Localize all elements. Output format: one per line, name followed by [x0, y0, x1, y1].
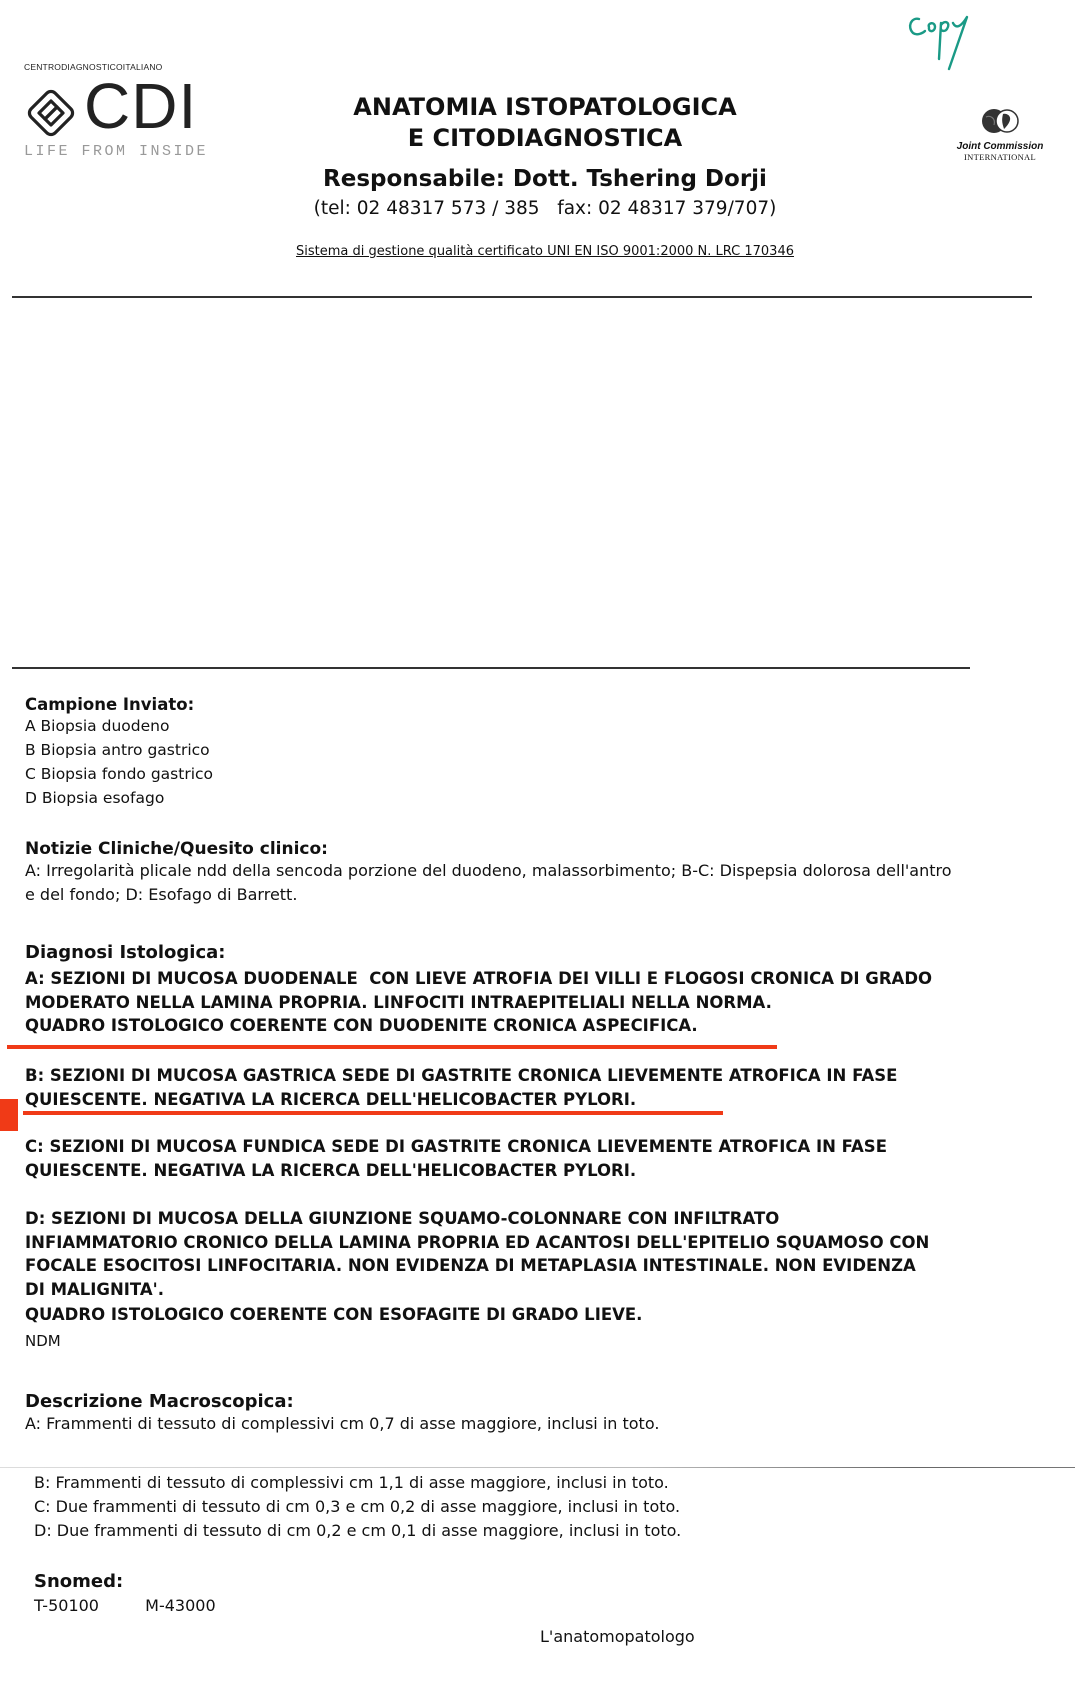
diagnosi-conclusion: QUADRO ISTOLOGICO COERENTE CON ESOFAGITE… [25, 1303, 1070, 1327]
campione-title: Campione Inviato: [25, 695, 213, 714]
diagnosi-line: INFIAMMATORIO CRONICO DELLA LAMINA PROPR… [25, 1231, 1070, 1255]
campione-item: D Biopsia esofago [25, 786, 213, 810]
contact-info: (tel: 02 48317 573 / 385 fax: 02 48317 3… [0, 198, 1075, 219]
diagnosi-line: MODERATO NELLA LAMINA PROPRIA. LINFOCITI… [25, 991, 1065, 1015]
campione-item: B Biopsia antro gastrico [25, 738, 213, 762]
diagnosi-line: QUADRO ISTOLOGICO COERENTE CON DUODENITE… [25, 1014, 1065, 1038]
macroscopica-continued: B: Frammenti di tessuto di complessivi c… [34, 1471, 1064, 1543]
snomed-code: M-43000 [145, 1596, 215, 1615]
signature-label: L'anatomopatologo [540, 1625, 695, 1649]
jci-line2: INTERNATIONAL [940, 152, 1060, 162]
diagnosi-D: D: SEZIONI DI MUCOSA DELLA GIUNZIONE SQU… [25, 1207, 1070, 1353]
notizie-section: Notizie Cliniche/Quesito clinico: A: Irr… [25, 839, 1065, 907]
macroscopica-title: Descrizione Macroscopica: [25, 1391, 1065, 1412]
certification-note: Sistema di gestione qualità certificato … [0, 244, 1075, 259]
macroscopica-item: A: Frammenti di tessuto di complessivi c… [25, 1412, 1065, 1436]
jci-accreditation: Joint Commission INTERNATIONAL [940, 105, 1060, 162]
diagnosi-line: FOCALE ESOCITOSI LINFOCITARIA. NON EVIDE… [25, 1254, 1070, 1278]
header-divider [12, 296, 1032, 298]
body-divider [12, 667, 970, 669]
campione-item: A Biopsia duodeno [25, 714, 213, 738]
department-title-line1: ANATOMIA ISTOPATOLOGICA [0, 93, 1075, 121]
jci-line1: Joint Commission [940, 141, 1060, 152]
notizie-title: Notizie Cliniche/Quesito clinico: [25, 839, 1065, 859]
highlight-underline [7, 1045, 777, 1049]
notizie-line: A: Irregolarità plicale ndd della sencod… [25, 859, 1065, 883]
diagnosi-note: NDM [25, 1329, 1070, 1353]
diagnosi-line: C: SEZIONI DI MUCOSA FUNDICA SEDE DI GAS… [25, 1135, 1065, 1159]
diagnosi-line: DI MALIGNITA'. [25, 1278, 1070, 1302]
macroscopica-section: Descrizione Macroscopica: A: Frammenti d… [25, 1391, 1065, 1436]
snomed-code: T-50100 [34, 1596, 99, 1615]
globe-icon [980, 105, 1020, 137]
diagnosi-line: QUIESCENTE. NEGATIVA LA RICERCA DELL'HEL… [25, 1159, 1065, 1183]
scan-fold-line [0, 1467, 1075, 1468]
highlight-underline [23, 1111, 723, 1115]
diagnosi-C: C: SEZIONI DI MUCOSA FUNDICA SEDE DI GAS… [25, 1135, 1065, 1182]
campione-item: C Biopsia fondo gastrico [25, 762, 213, 786]
campione-section: Campione Inviato: A Biopsia duodeno B Bi… [25, 695, 213, 810]
macroscopica-item: D: Due frammenti di tessuto di cm 0,2 e … [34, 1519, 1064, 1543]
handwritten-copy-mark-icon [903, 5, 993, 75]
diagnosi-A: A: SEZIONI DI MUCOSA DUODENALE CON LIEVE… [25, 967, 1065, 1038]
snomed-codes: T-50100 M-43000 [34, 1594, 216, 1618]
diagnosi-line: A: SEZIONI DI MUCOSA DUODENALE CON LIEVE… [25, 967, 1065, 991]
macroscopica-item: B: Frammenti di tessuto di complessivi c… [34, 1471, 1064, 1495]
department-title-line2: E CITODIAGNOSTICA [0, 124, 1075, 152]
macroscopica-item: C: Due frammenti di tessuto di cm 0,3 e … [34, 1495, 1064, 1519]
highlight-margin-marker [0, 1099, 18, 1131]
responsible-name: Responsabile: Dott. Tshering Dorji [0, 166, 1075, 192]
diagnosi-line: D: SEZIONI DI MUCOSA DELLA GIUNZIONE SQU… [25, 1207, 1070, 1231]
snomed-title: Snomed: [34, 1571, 216, 1592]
diagnosi-line: B: SEZIONI DI MUCOSA GASTRICA SEDE DI GA… [25, 1064, 1065, 1088]
diagnosi-B: B: SEZIONI DI MUCOSA GASTRICA SEDE DI GA… [25, 1064, 1065, 1111]
snomed-section: Snomed: T-50100 M-43000 [34, 1571, 216, 1618]
notizie-line: e del fondo; D: Esofago di Barrett. [25, 883, 1065, 907]
diagnosi-line: QUIESCENTE. NEGATIVA LA RICERCA DELL'HEL… [25, 1088, 1065, 1112]
diagnosi-title: Diagnosi Istologica: [25, 942, 225, 963]
